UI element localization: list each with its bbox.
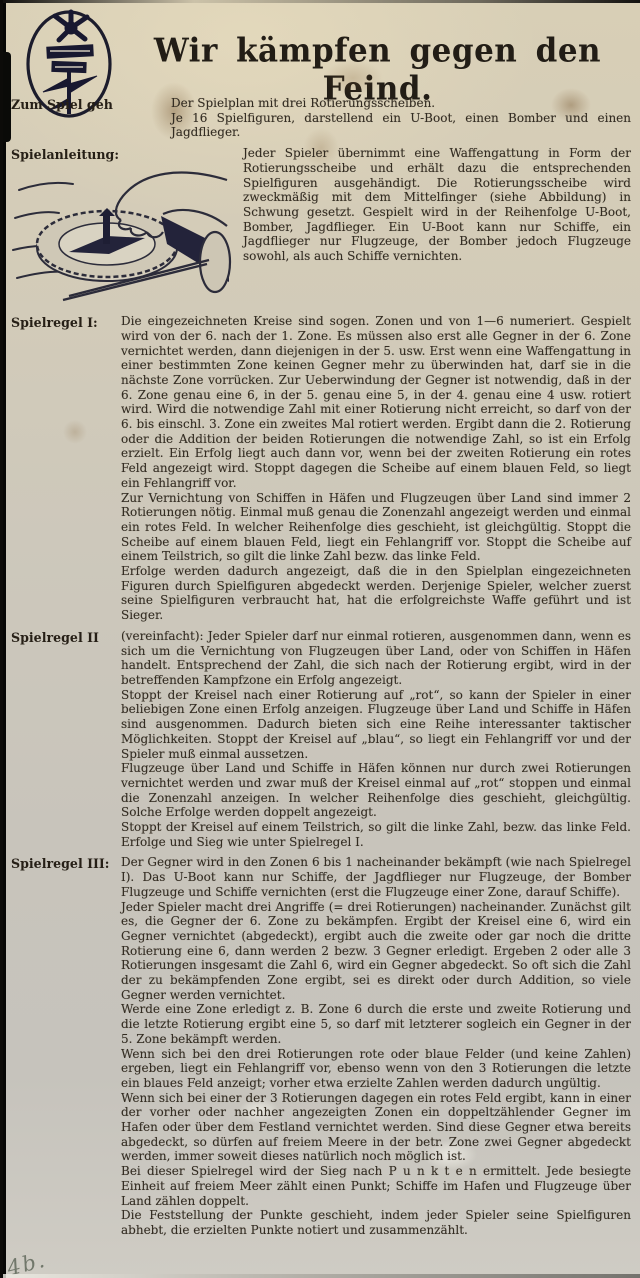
document-page: Wir kämpfen gegen den Feind. Zum Spiel g… [3, 0, 640, 1278]
paragraph: Wenn sich bei einer der 3 Rotierungen da… [121, 1091, 631, 1165]
photo-edge [3, 1274, 640, 1278]
paragraph: Jeder Spieler macht drei Angriffe (= dre… [121, 900, 631, 1003]
section-label: Zum Spiel geh [11, 96, 171, 140]
section-label: Spielregel II [11, 629, 121, 850]
paragraph: Flugzeuge über Land und Schiffe in Häfen… [121, 761, 631, 820]
section-rule-3: Spielregel III: Der Gegner wird in den Z… [11, 855, 631, 1237]
paragraph: Stoppt der Kreisel auf einem Teilstrich,… [121, 820, 631, 849]
section-rule-1: Spielregel I: Die eingezeichneten Kreise… [11, 314, 631, 623]
paragraph: Werde eine Zone erledigt z. B. Zone 6 du… [121, 1002, 631, 1046]
section-instructions: Spielanleitung: [11, 146, 631, 308]
paragraph: Je 16 Spielfiguren, darstellend ein U-Bo… [171, 111, 631, 140]
paragraph: Wenn sich bei den drei Rotierungen rote … [121, 1047, 631, 1091]
paragraph: (vereinfacht): Jeder Spieler darf nur ei… [121, 629, 631, 688]
paragraph: Erfolge werden dadurch angezeigt, daß di… [121, 564, 631, 623]
section-label: Spielregel III: [11, 855, 121, 1237]
section-label: Spielregel I: [11, 314, 121, 623]
paragraph: Jeder Spieler übernimmt eine Waffengattu… [243, 146, 631, 264]
paragraph: Zur Vernichtung von Schiffen in Häfen un… [121, 491, 631, 565]
section-components: Zum Spiel geh Der Spielplan mit drei Rot… [11, 96, 631, 140]
photo-edge [3, 0, 6, 1278]
paragraph: Der Spielplan mit drei Rotierungsscheibe… [171, 96, 631, 111]
spinner-illustration-icon [11, 166, 233, 304]
section-rule-2: Spielregel II (vereinfacht): Jeder Spiel… [11, 629, 631, 850]
paragraph: Bei dieser Spielregel wird der Sieg nach… [121, 1164, 631, 1208]
photo-edge [3, 52, 11, 142]
paragraph: Der Gegner wird in den Zonen 6 bis 1 nac… [121, 855, 631, 899]
paragraph: Die eingezeichneten Kreise sind sogen. Z… [121, 314, 631, 490]
paragraph: Die Feststellung der Punkte geschieht, i… [121, 1208, 631, 1237]
photo-edge [3, 0, 640, 3]
section-label: Spielanleitung: [11, 146, 243, 162]
paragraph: Stoppt der Kreisel nach einer Rotierung … [121, 688, 631, 762]
